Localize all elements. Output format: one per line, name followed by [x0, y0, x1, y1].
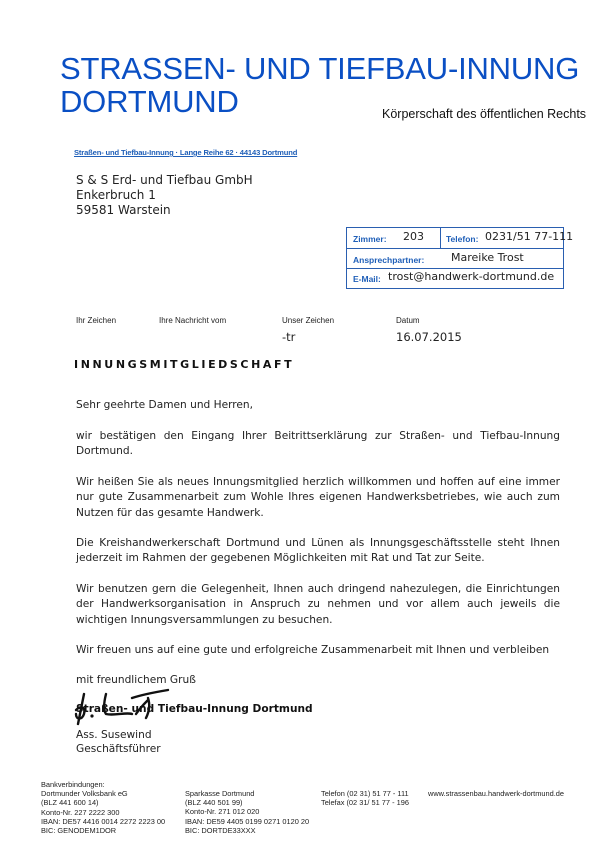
- phone-label: Telefon:: [446, 234, 478, 244]
- bank-1-iban: IBAN: DE57 4416 0014 2272 2223 00: [41, 817, 165, 826]
- bank-1-account: Konto-Nr. 227 2222 300: [41, 808, 165, 817]
- bank-2-iban: IBAN: DE59 4405 0199 0271 0120 20: [185, 817, 309, 826]
- salutation: Sehr geehrte Damen und Herren,: [76, 398, 560, 413]
- footer-bank-details-2: Sparkasse Dortmund (BLZ 440 501 99) Kont…: [185, 789, 309, 835]
- body-paragraph-1: wir bestätigen den Eingang Ihrer Beitrit…: [76, 429, 560, 460]
- bank-1-bic: BIC: GENODEM1DOR: [41, 826, 165, 835]
- sender-return-address: Straßen- und Tiefbau-Innung · Lange Reih…: [74, 148, 297, 157]
- bank-1-name: Dortmunder Volksbank eG: [41, 789, 165, 798]
- contact-row-email: E-Mail: trost@handwerk-dortmund.de: [347, 269, 563, 288]
- footer-phone: Telefon (02 31) 51 77 - 111: [321, 789, 409, 798]
- your-message-label: Ihre Nachricht vom: [159, 316, 226, 325]
- organization-subtitle: Körperschaft des öffentlichen Rechts: [382, 107, 586, 121]
- contact-row-room-phone: Zimmer: 203 Telefon: 0231/51 77-111: [347, 228, 563, 249]
- date-label: Datum: [396, 316, 420, 325]
- contact-box-divider: [440, 228, 441, 249]
- contact-info-box: Zimmer: 203 Telefon: 0231/51 77-111 Ansp…: [346, 227, 564, 289]
- handwritten-signature-icon: [70, 688, 170, 728]
- your-reference-label: Ihr Zeichen: [76, 316, 116, 325]
- contact-person-value: Mareike Trost: [451, 251, 524, 264]
- bank-2-name: Sparkasse Dortmund: [185, 789, 309, 798]
- recipient-city: 59581 Warstein: [76, 203, 171, 217]
- letter-subject: INNUNGSMITGLIEDSCHAFT: [74, 358, 294, 371]
- email-value[interactable]: trost@handwerk-dortmund.de: [388, 270, 554, 283]
- bank-2-blz: (BLZ 440 501 99): [185, 798, 309, 807]
- contact-row-person: Ansprechpartner: Mareike Trost: [347, 249, 563, 269]
- bank-heading: Bankverbindungen:: [41, 780, 165, 789]
- footer-bank-details-1: Bankverbindungen: Dortmunder Volksbank e…: [41, 780, 165, 835]
- recipient-company: S & S Erd- und Tiefbau GmbH: [76, 173, 253, 187]
- bank-2-account: Konto-Nr. 271 012 020: [185, 807, 309, 816]
- room-value: 203: [403, 230, 424, 243]
- date-value: 16.07.2015: [396, 330, 462, 344]
- bank-1-blz: (BLZ 441 600 14): [41, 798, 165, 807]
- footer-website-link[interactable]: www.strassenbau.handwerk-dortmund.de: [428, 789, 564, 798]
- room-label: Zimmer:: [353, 234, 387, 244]
- recipient-street: Enkerbruch 1: [76, 188, 156, 202]
- body-paragraph-5: Wir freuen uns auf eine gute und erfolgr…: [76, 643, 560, 658]
- closing-phrase: mit freundlichem Gruß: [76, 673, 560, 688]
- signer-name: Ass. Susewind: [76, 729, 152, 741]
- body-paragraph-2: Wir heißen Sie als neues Innungsmitglied…: [76, 475, 560, 521]
- email-label: E-Mail:: [353, 274, 381, 284]
- body-paragraph-3: Die Kreishandwerkerschaft Dortmund und L…: [76, 536, 560, 567]
- body-paragraph-4: Wir benutzen gern die Gelegenheit, Ihnen…: [76, 582, 560, 628]
- phone-value: 0231/51 77-111: [485, 230, 573, 243]
- contact-person-label: Ansprechpartner:: [353, 255, 424, 265]
- footer-contact: Telefon (02 31) 51 77 - 111 Telefax (02 …: [321, 789, 409, 807]
- our-reference-value: -tr: [282, 330, 295, 344]
- our-reference-label: Unser Zeichen: [282, 316, 334, 325]
- bank-2-bic: BIC: DORTDE33XXX: [185, 826, 309, 835]
- organization-title-line1: STRASSEN- UND TIEFBAU-INNUNG: [60, 52, 579, 85]
- signer-title: Geschäftsführer: [76, 743, 161, 755]
- footer-fax: Telefax (02 31/ 51 77 - 196: [321, 798, 409, 807]
